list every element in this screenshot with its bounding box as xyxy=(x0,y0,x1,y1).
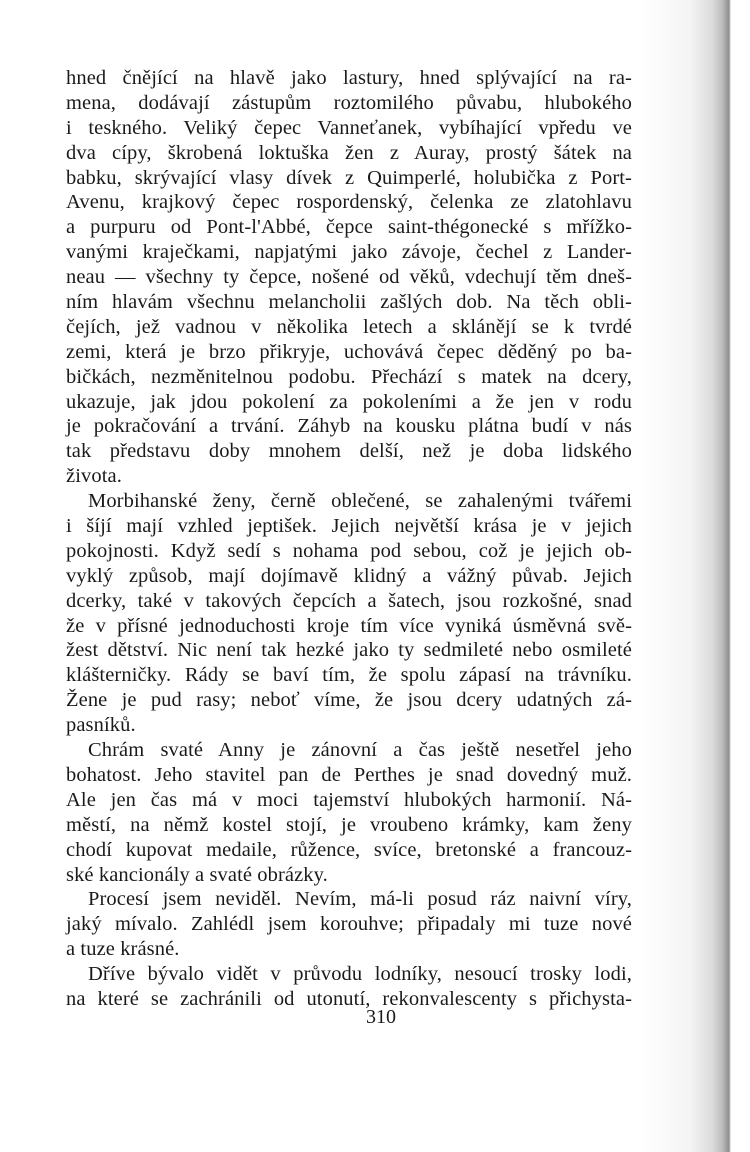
paragraph-first-line: Chrám svaté Anny je zánovní a čas ještě … xyxy=(66,738,632,763)
text-line: a purpuru od Pont-l'Abbé, čepce saint-th… xyxy=(66,215,632,240)
text-line: ské kancionály a svaté obrázky. xyxy=(66,863,632,888)
paragraph-first-line: Morbihanské ženy, černě oblečené, se zah… xyxy=(66,489,632,514)
text-line: chodí kupovat medaile, růžence, svíce, b… xyxy=(66,838,632,863)
text-line: dcerky, také v takových čepcích a šatech… xyxy=(66,589,632,614)
text-line: ním hlavám všechnu melancholii zašlých d… xyxy=(66,290,632,315)
text-line: vanými kraječkami, napjatými jako závoje… xyxy=(66,240,632,265)
text-line: klášterničky. Rády se baví tím, že spolu… xyxy=(66,663,632,688)
text-line: žest dětství. Nic není tak hezké jako ty… xyxy=(66,638,632,663)
text-line: jaký mívalo. Zahlédl jsem korouhve; přip… xyxy=(66,912,632,937)
text-line: je pokračování a trvání. Záhyb na kousku… xyxy=(66,414,632,439)
text-line: hned čnějící na hlavě jako lastury, hned… xyxy=(66,66,632,91)
text-line: mena, dodávají zástupům roztomilého půva… xyxy=(66,91,632,116)
body-text: hned čnějící na hlavě jako lastury, hned… xyxy=(66,66,632,1012)
text-line: vyklý způsob, mají dojímavě klidný a váž… xyxy=(66,564,632,589)
text-line: bohatost. Jeho stavitel pan de Perthes j… xyxy=(66,763,632,788)
paragraph-first-line: Dříve bývalo vidět v průvodu lodníky, ne… xyxy=(66,962,632,987)
text-line: bičkách, nezměnitelnou podobu. Přechází … xyxy=(66,365,632,390)
text-line: městí, na němž kostel stojí, je vroubeno… xyxy=(66,813,632,838)
text-line: Žene je pud rasy; neboť víme, že jsou dc… xyxy=(66,688,632,713)
text-line: i šíjí mají vzhled jeptišek. Jejich nejv… xyxy=(66,514,632,539)
text-line: čejích, jež vadnou v několika letech a s… xyxy=(66,315,632,340)
text-line: ukazuje, jak jdou pokolení za pokoleními… xyxy=(66,390,632,415)
paragraph-first-line: Procesí jsem neviděl. Nevím, má-li posud… xyxy=(66,887,632,912)
text-line: zemi, která je brzo přikryje, uchovává č… xyxy=(66,340,632,365)
text-line: a tuze krásné. xyxy=(66,937,632,962)
text-line: neau — všechny ty čepce, nošené od věků,… xyxy=(66,265,632,290)
text-line: dva cípy, škrobená loktuška žen z Auray,… xyxy=(66,141,632,166)
text-line: tak představu doby mnohem delší, než je … xyxy=(66,439,632,464)
text-line: babku, skrývající vlasy dívek z Quimperl… xyxy=(66,166,632,191)
text-line: života. xyxy=(66,464,632,489)
text-line: Avenu, krajkový čepec rospordenský, čele… xyxy=(66,190,632,215)
text-line: pasníků. xyxy=(66,713,632,738)
page-number: 310 xyxy=(0,1006,750,1029)
book-page: hned čnějící na hlavě jako lastury, hned… xyxy=(0,0,750,1152)
text-line: pokojnosti. Když sedí s nohama pod sebou… xyxy=(66,539,632,564)
text-line: že v přísné jednoduchosti kroje tím více… xyxy=(66,614,632,639)
text-line: i teskného. Veliký čepec Vanneťanek, vyb… xyxy=(66,116,632,141)
text-line: Ale jen čas má v moci tajemství hlubokýc… xyxy=(66,788,632,813)
